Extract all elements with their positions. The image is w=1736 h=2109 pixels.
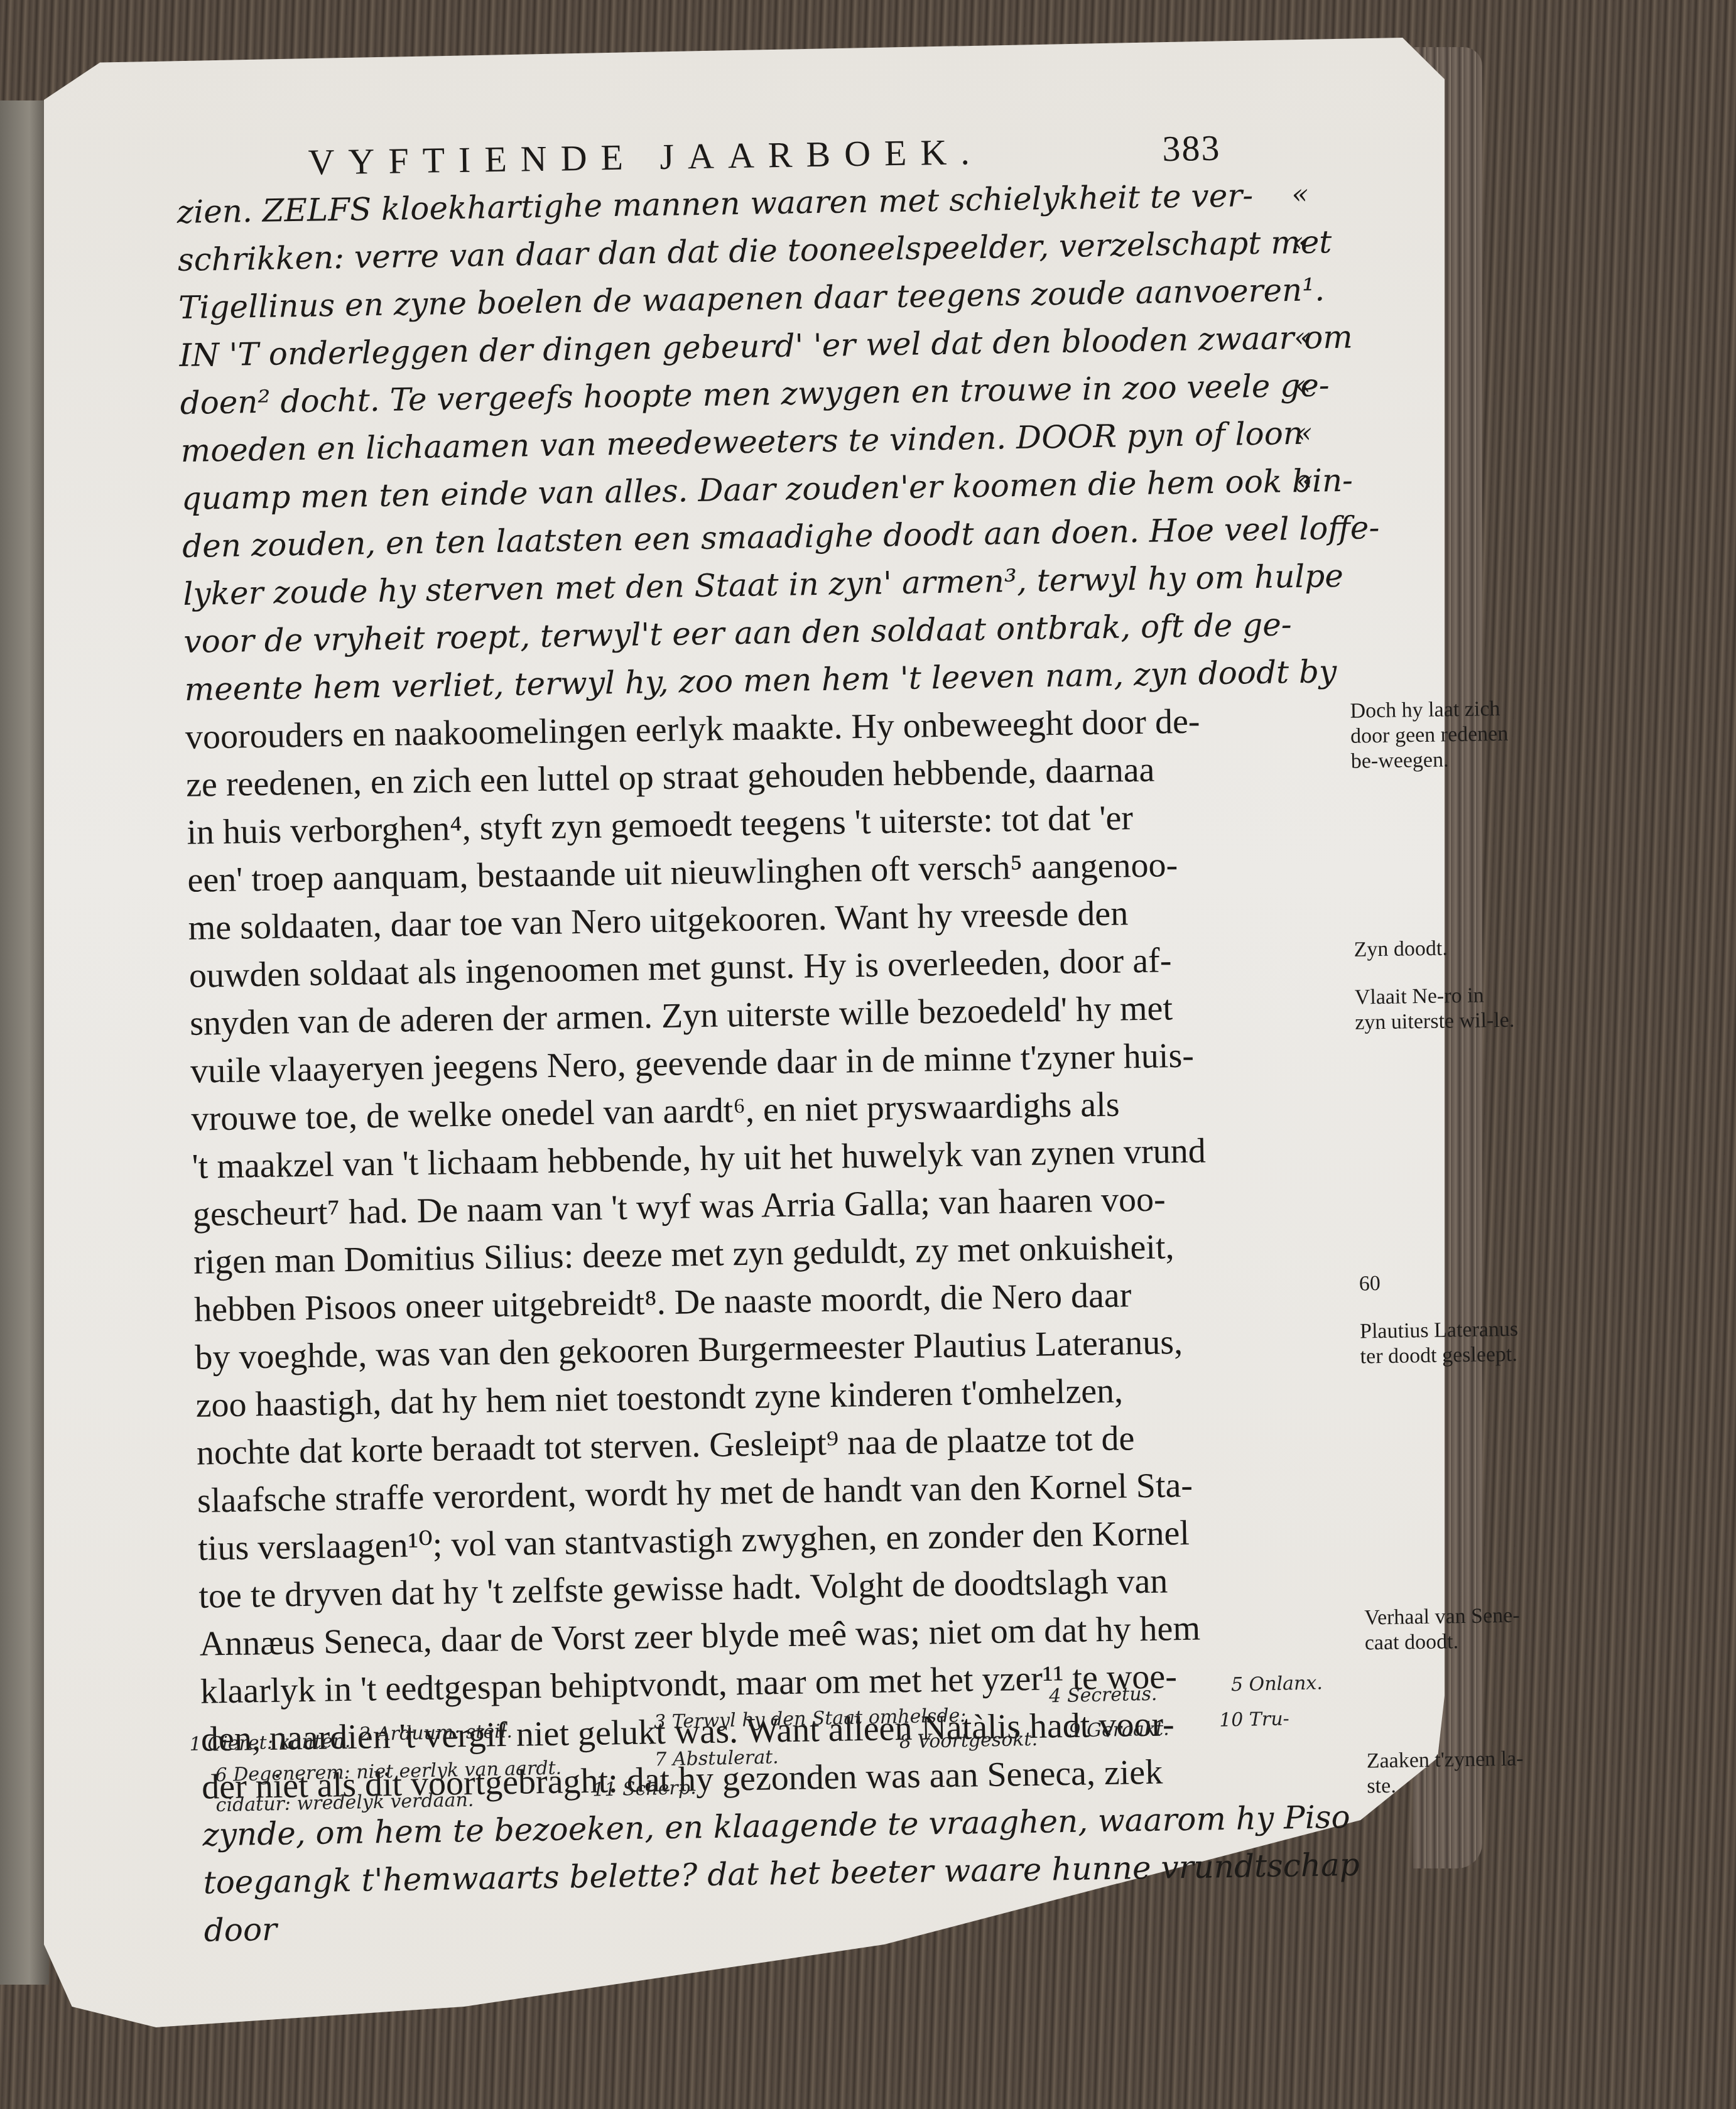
footnote-9: 9 Geraakt. [1068,1718,1169,1742]
footnote-11: 11 Scherp. [592,1777,697,1801]
footnote-7: 7 Abstulerat. [654,1746,779,1770]
quotation-mark: « [1292,219,1310,266]
quotation-mark: « [1294,314,1311,362]
footnote-2: 2 Arduum: steil. [359,1720,513,1745]
margin-note: 60 [1359,1269,1523,1297]
page-number: 383 [1162,127,1221,170]
margin-note: Doch hy laat zich door geen redenen be-w… [1350,697,1514,774]
quotation-mark: « [1295,409,1313,457]
footnote-6: 6 Degenerem: niet eerlyk van aardt. [215,1757,561,1787]
quotation-mark: « [1294,362,1312,409]
footnote-1: 1 Cieret: kanten. [189,1730,350,1755]
quotation-mark: « [1296,457,1313,505]
margin-note: Zyn doodt. [1354,935,1517,963]
margin-note: Vlaait Ne-ro in zyn uiterste wil-le. [1354,983,1518,1036]
margin-note: Plautius Lateranus ter doodt gesleept. [1360,1317,1524,1370]
quotation-mark: « [1291,171,1309,219]
running-title: VYFTIENDE JAARBOEK. [308,131,984,183]
margin-note: Verhaal van Sene-caat doodt. [1364,1603,1528,1656]
left-page-edge [0,100,49,1985]
footnote-3: 3 Terwyl hy den Staat omhelsde: [654,1705,967,1733]
footnote-8: 8 Voortgesokt. [899,1728,1038,1754]
footnote-5: 5 Onlanx. [1231,1672,1323,1696]
footnote-4: 4 Secretus. [1049,1683,1158,1708]
margin-note: Zaaken t'zynen la-ste. [1367,1746,1531,1799]
footnote-10: 10 Tru- [1219,1708,1289,1731]
line-text: door [203,1911,277,1949]
